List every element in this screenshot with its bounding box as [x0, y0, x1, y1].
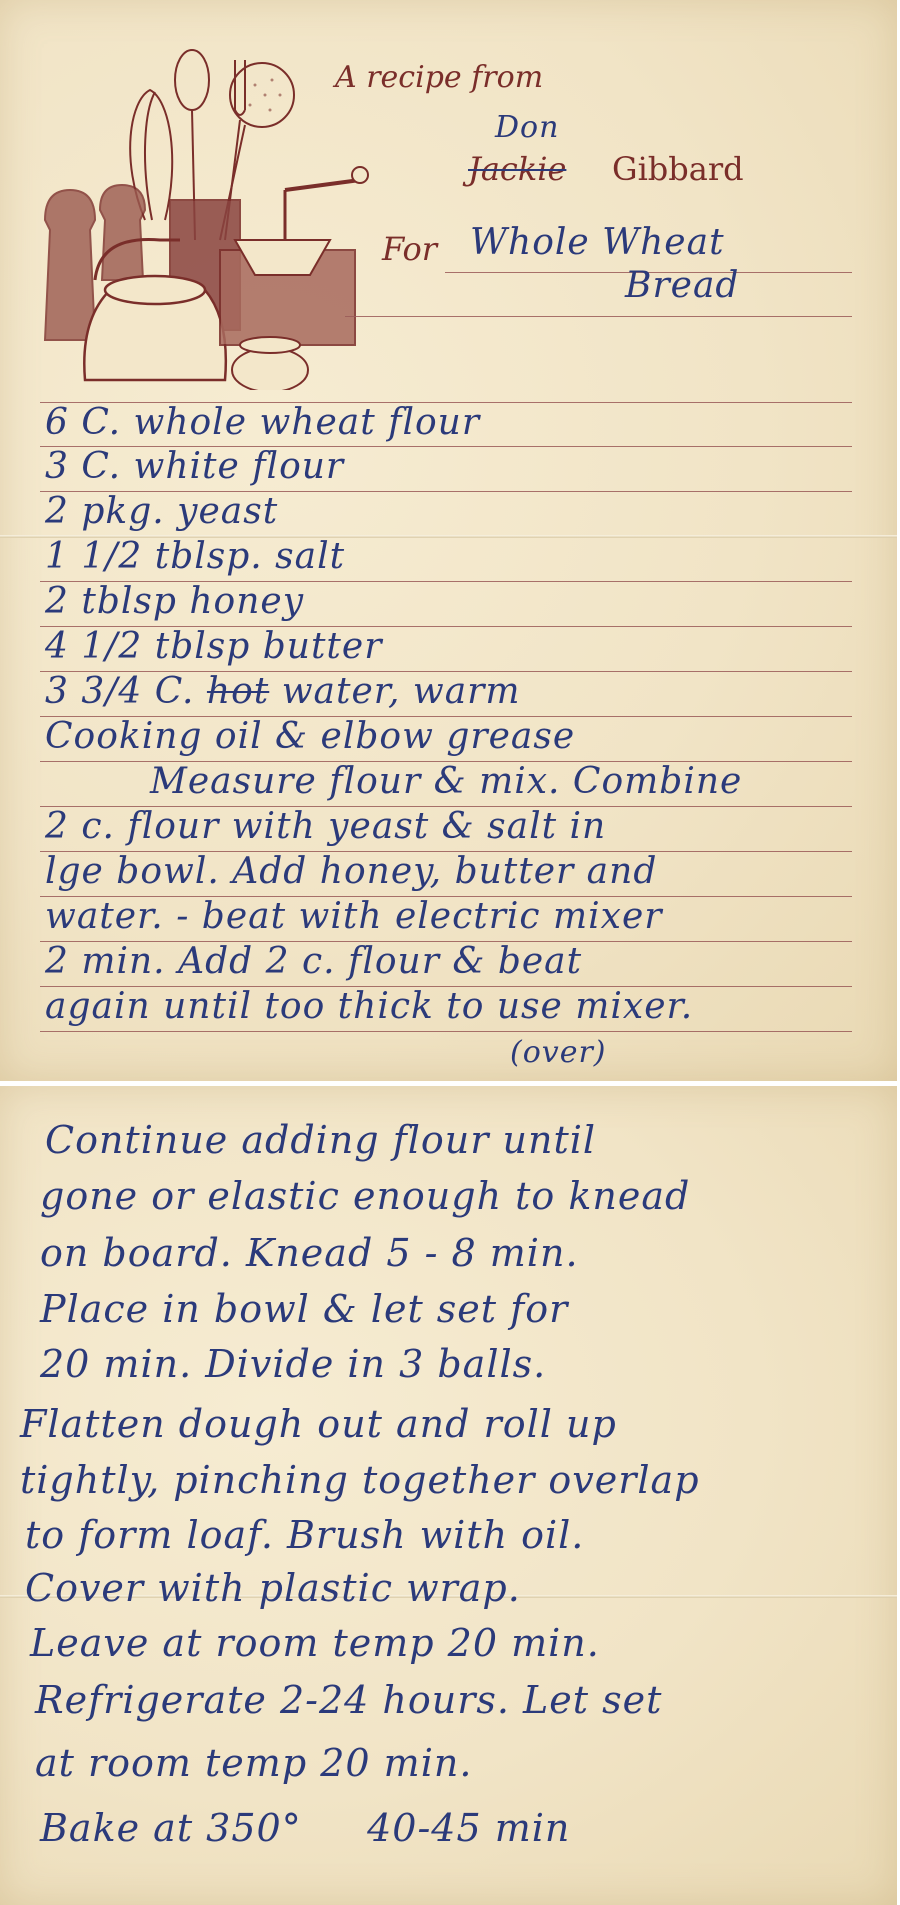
direction-line: Refrigerate 2-24 hours. Let set [35, 1678, 662, 1722]
recipe-title-line-1: Whole Wheat [470, 222, 725, 263]
direction-line: on board. Knead 5 - 8 min. [40, 1231, 579, 1275]
direction-line: tightly, pinching together overlap [20, 1458, 700, 1502]
direction-line: gone or elastic enough to knead [40, 1174, 690, 1218]
direction-line: 2 min. Add 2 c. flour & beat [45, 941, 582, 982]
ruled-line [40, 1031, 852, 1032]
ingredient-item: Cooking oil & elbow grease [45, 716, 575, 757]
direction-line: Measure flour & mix. Combine [150, 761, 742, 802]
direction-line: again until too thick to use mixer. [45, 986, 693, 1027]
ingredient-item: 2 pkg. yeast [45, 491, 278, 532]
recipe-card-back: Continue adding flour until gone or elas… [0, 1086, 897, 1905]
direction-line: Continue adding flour until [45, 1118, 596, 1162]
ingredient-item: 3 C. white flour [45, 446, 344, 487]
direction-line: 2 c. flour with yeast & salt in [45, 806, 606, 847]
ingredient-item: 4 1/2 tblsp butter [45, 626, 382, 667]
recipe-from-label: A recipe from [335, 60, 543, 95]
direction-line: 20 min. Divide in 3 balls. [40, 1342, 546, 1386]
ingredient-item: 3 3/4 C. hot water, warm [45, 671, 521, 712]
ingredient-item: 1 1/2 tblsp. salt [45, 536, 345, 577]
bake-instruction: Bake at 350° 40-45 min [40, 1806, 570, 1850]
struck-printed-name: Jackie [468, 150, 566, 188]
surname: Gibbard [612, 150, 744, 188]
over-note: (over) [510, 1035, 607, 1070]
ingredient-item: 6 C. whole wheat flour [45, 402, 480, 443]
recipe-card-front: A recipe from Don Jackie Gibbard For Who… [0, 0, 897, 1081]
recipe-title-line-2: Bread [625, 265, 739, 306]
for-label: For [382, 230, 437, 268]
ingredient-item: 2 tblsp honey [45, 581, 304, 622]
direction-line: at room temp 20 min. [35, 1741, 472, 1785]
direction-line: Place in bowl & let set for [40, 1287, 568, 1331]
direction-line: Flatten dough out and roll up [20, 1402, 617, 1446]
direction-line: lge bowl. Add honey, butter and [45, 851, 657, 892]
direction-line: Cover with plastic wrap. [25, 1566, 521, 1610]
direction-line: to form loaf. Brush with oil. [25, 1513, 584, 1557]
title-rule-2 [345, 316, 852, 317]
direction-line: water. - beat with electric mixer [45, 896, 663, 937]
handwritten-name: Don [495, 110, 559, 145]
kitchen-utensils-illustration [40, 40, 380, 390]
direction-line: Leave at room temp 20 min. [30, 1621, 600, 1665]
